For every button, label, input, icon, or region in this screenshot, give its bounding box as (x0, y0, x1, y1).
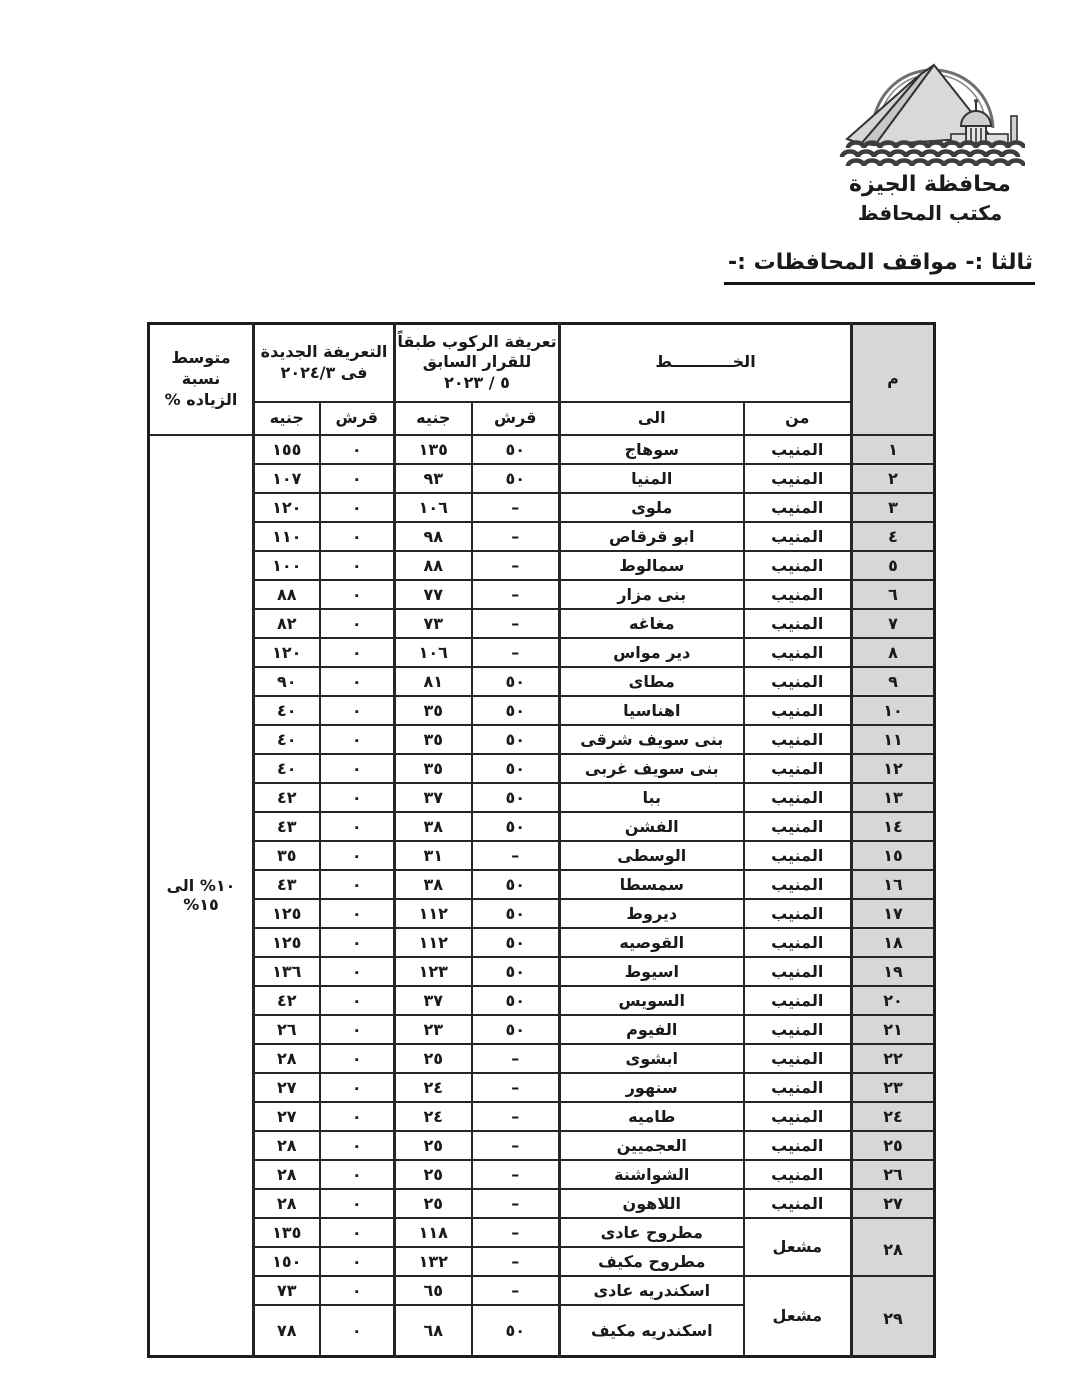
table-header-row-1: م الخـــــــــــط تعريفة الركوب طبقاً لل… (149, 324, 935, 402)
cell-from: المنيب (744, 580, 852, 609)
header-new-tariff: التعريفة الجديدة فى ٢٠٢٤/٣ (254, 324, 395, 402)
table-row: ٢٢المنيبابشوى–٢٥٠٢٨ (149, 1044, 935, 1073)
cell-new-geneh: ١٢٠ (254, 493, 320, 522)
pyramids-dome-waves-logo-icon (835, 44, 1025, 172)
cell-avg-increase: ١٠% الى ١٥% (149, 435, 254, 1357)
cell-new-geneh: ١٠٧ (254, 464, 320, 493)
cell-prev-geneh: ٩٨ (395, 522, 472, 551)
cell-prev-qirsh: – (472, 1247, 560, 1276)
cell-from: المنيب (744, 870, 852, 899)
cell-prev-qirsh: ٥٠ (472, 435, 560, 464)
cell-to: مطروح مكيف (560, 1247, 744, 1276)
cell-prev-qirsh: – (472, 1102, 560, 1131)
cell-num: ٢٠ (852, 986, 935, 1015)
cell-new-geneh: ٤٠ (254, 725, 320, 754)
cell-num: ١٩ (852, 957, 935, 986)
office-name: مكتب المحافظ (830, 201, 1030, 225)
document-page: محافظة الجيزة مكتب المحافظ ثالثا :- مواق… (0, 0, 1079, 1385)
cell-to: سنهور (560, 1073, 744, 1102)
cell-new-geneh: ٢٨ (254, 1131, 320, 1160)
cell-new-qirsh: ٠ (320, 667, 395, 696)
cell-prev-qirsh: ٥٠ (472, 1305, 560, 1357)
cell-num: ٤ (852, 522, 935, 551)
cell-new-qirsh: ٠ (320, 899, 395, 928)
cell-prev-qirsh: – (472, 551, 560, 580)
cell-new-qirsh: ٠ (320, 870, 395, 899)
cell-new-geneh: ٩٠ (254, 667, 320, 696)
cell-to: سمالوط (560, 551, 744, 580)
cell-new-geneh: ٢٦ (254, 1015, 320, 1044)
cell-new-geneh: ٢٨ (254, 1189, 320, 1218)
cell-num: ١٨ (852, 928, 935, 957)
cell-to: ببا (560, 783, 744, 812)
table-row: ٥المنيبسمالوط–٨٨٠١٠٠ (149, 551, 935, 580)
table-row: ١٤المنيبالفشن٥٠٣٨٠٤٣ (149, 812, 935, 841)
cell-new-qirsh: ٠ (320, 580, 395, 609)
cell-num: ٢٣ (852, 1073, 935, 1102)
cell-prev-qirsh: – (472, 522, 560, 551)
cell-prev-geneh: ١٠٦ (395, 638, 472, 667)
cell-new-qirsh: ٠ (320, 754, 395, 783)
cell-from: المنيب (744, 464, 852, 493)
cell-prev-qirsh: – (472, 638, 560, 667)
cell-num: ٢١ (852, 1015, 935, 1044)
cell-new-qirsh: ٠ (320, 493, 395, 522)
table-row: ٢٦المنيبالشواشنة–٢٥٠٢٨ (149, 1160, 935, 1189)
cell-num: ٩ (852, 667, 935, 696)
cell-prev-qirsh: – (472, 1073, 560, 1102)
cell-from: المنيب (744, 667, 852, 696)
cell-from: مشعل (744, 1276, 852, 1357)
cell-num: ١٥ (852, 841, 935, 870)
cell-new-qirsh: ٠ (320, 464, 395, 493)
cell-to: ملوى (560, 493, 744, 522)
cell-new-geneh: ٢٨ (254, 1044, 320, 1073)
cell-from: المنيب (744, 696, 852, 725)
table-row: ٢٣المنيبسنهور–٢٤٠٢٧ (149, 1073, 935, 1102)
cell-to: مغاغه (560, 609, 744, 638)
cell-from: المنيب (744, 899, 852, 928)
cell-num: ١٠ (852, 696, 935, 725)
table-row: ١٧المنيبديروط٥٠١١٢٠١٢٥ (149, 899, 935, 928)
cell-prev-geneh: ٣٥ (395, 725, 472, 754)
cell-new-geneh: ١٢٠ (254, 638, 320, 667)
cell-new-geneh: ٢٨ (254, 1160, 320, 1189)
cell-to: اللاهون (560, 1189, 744, 1218)
header-to: الى (560, 402, 744, 435)
cell-num: ٢٥ (852, 1131, 935, 1160)
cell-num: ٢٢ (852, 1044, 935, 1073)
cell-new-qirsh: ٠ (320, 522, 395, 551)
cell-prev-qirsh: – (472, 1189, 560, 1218)
cell-to: بنى سويف شرقى (560, 725, 744, 754)
table-row: ٢٥المنيبالعجميين–٢٥٠٢٨ (149, 1131, 935, 1160)
cell-new-geneh: ٧٨ (254, 1305, 320, 1357)
table-row: ١٢المنيببنى سويف غربى٥٠٣٥٠٤٠ (149, 754, 935, 783)
table-row: ٨المنيبدير مواس–١٠٦٠١٢٠ (149, 638, 935, 667)
cell-to: اسكندريه مكيف (560, 1305, 744, 1357)
cell-prev-geneh: ٢٤ (395, 1102, 472, 1131)
header-from: من (744, 402, 852, 435)
table-row: ٢٨مشعلمطروح عادى–١١٨٠١٣٥ (149, 1218, 935, 1247)
cell-num: ٧ (852, 609, 935, 638)
tariff-table: م الخـــــــــــط تعريفة الركوب طبقاً لل… (147, 322, 936, 1358)
cell-prev-qirsh: – (472, 493, 560, 522)
cell-prev-qirsh: ٥٠ (472, 783, 560, 812)
cell-to: المنيا (560, 464, 744, 493)
cell-prev-qirsh: – (472, 580, 560, 609)
cell-prev-geneh: ٨١ (395, 667, 472, 696)
cell-prev-qirsh: – (472, 841, 560, 870)
cell-prev-geneh: ١٠٦ (395, 493, 472, 522)
cell-new-qirsh: ٠ (320, 609, 395, 638)
cell-new-geneh: ٤٢ (254, 783, 320, 812)
cell-new-geneh: ٤٣ (254, 870, 320, 899)
cell-new-qirsh: ٠ (320, 957, 395, 986)
cell-new-qirsh: ٠ (320, 928, 395, 957)
cell-from: المنيب (744, 957, 852, 986)
header-num: م (852, 324, 935, 435)
cell-to: دير مواس (560, 638, 744, 667)
cell-from: مشعل (744, 1218, 852, 1276)
cell-prev-qirsh: – (472, 1276, 560, 1305)
table-row: ١٥المنيبالوسطى–٣١٠٣٥ (149, 841, 935, 870)
cell-from: المنيب (744, 1073, 852, 1102)
section-title: ثالثا :- مواقف المحافظات :- (724, 250, 1035, 285)
cell-prev-geneh: ١١٢ (395, 928, 472, 957)
cell-prev-qirsh: – (472, 1044, 560, 1073)
cell-prev-geneh: ٢٥ (395, 1044, 472, 1073)
cell-new-qirsh: ٠ (320, 435, 395, 464)
table-row: ١١المنيببنى سويف شرقى٥٠٣٥٠٤٠ (149, 725, 935, 754)
cell-from: المنيب (744, 1044, 852, 1073)
cell-prev-qirsh: ٥٠ (472, 464, 560, 493)
cell-prev-qirsh: ٥٠ (472, 899, 560, 928)
cell-from: المنيب (744, 1015, 852, 1044)
cell-to: العجميين (560, 1131, 744, 1160)
cell-prev-geneh: ٣٧ (395, 783, 472, 812)
cell-num: ٥ (852, 551, 935, 580)
cell-to: سوهاج (560, 435, 744, 464)
cell-prev-qirsh: ٥٠ (472, 957, 560, 986)
cell-new-geneh: ١١٠ (254, 522, 320, 551)
table-row: ٦المنيببنى مزار–٧٧٠٨٨ (149, 580, 935, 609)
cell-to: الفيوم (560, 1015, 744, 1044)
cell-prev-qirsh: – (472, 1160, 560, 1189)
table-row: ١٦المنيبسمسطا٥٠٣٨٠٤٣ (149, 870, 935, 899)
cell-prev-geneh: ٣٨ (395, 870, 472, 899)
cell-to: سمسطا (560, 870, 744, 899)
cell-num: ١٣ (852, 783, 935, 812)
cell-from: المنيب (744, 493, 852, 522)
table-row: ٧المنيبمغاغه–٧٣٠٨٢ (149, 609, 935, 638)
cell-new-geneh: ٧٣ (254, 1276, 320, 1305)
cell-prev-geneh: ٣٧ (395, 986, 472, 1015)
table-row: ٢٧المنيباللاهون–٢٥٠٢٨ (149, 1189, 935, 1218)
table-row: ٣المنيبملوى–١٠٦٠١٢٠ (149, 493, 935, 522)
cell-to: الشواشنة (560, 1160, 744, 1189)
cell-to: اسكندريه عادى (560, 1276, 744, 1305)
cell-from: المنيب (744, 812, 852, 841)
table-row: ١٩المنيباسيوط٥٠١٢٣٠١٣٦ (149, 957, 935, 986)
cell-new-qirsh: ٠ (320, 783, 395, 812)
cell-new-qirsh: ٠ (320, 1102, 395, 1131)
cell-to: ديروط (560, 899, 744, 928)
cell-prev-geneh: ٧٧ (395, 580, 472, 609)
table-row: ٢١المنيبالفيوم٥٠٢٣٠٢٦ (149, 1015, 935, 1044)
header-avg-increase: متوسط نسبة الزياده % (149, 324, 254, 435)
cell-prev-geneh: ١١٨ (395, 1218, 472, 1247)
cell-prev-qirsh: – (472, 1131, 560, 1160)
cell-new-qirsh: ٠ (320, 986, 395, 1015)
cell-to: ابو قرقاص (560, 522, 744, 551)
header-line: الخـــــــــــط (560, 324, 852, 402)
cell-new-geneh: ١٣٥ (254, 1218, 320, 1247)
cell-new-qirsh: ٠ (320, 551, 395, 580)
cell-num: ١٧ (852, 899, 935, 928)
cell-new-geneh: ٤٢ (254, 986, 320, 1015)
cell-num: ١ (852, 435, 935, 464)
cell-to: اسيوط (560, 957, 744, 986)
cell-new-geneh: ٢٧ (254, 1102, 320, 1131)
cell-new-geneh: ١٥٠ (254, 1247, 320, 1276)
cell-num: ٣ (852, 493, 935, 522)
cell-to: الوسطى (560, 841, 744, 870)
cell-to: طاميه (560, 1102, 744, 1131)
cell-prev-geneh: ١١٢ (395, 899, 472, 928)
cell-from: المنيب (744, 783, 852, 812)
cell-prev-qirsh: ٥٠ (472, 870, 560, 899)
cell-new-geneh: ١٢٥ (254, 899, 320, 928)
cell-from: المنيب (744, 1102, 852, 1131)
cell-prev-geneh: ٣٨ (395, 812, 472, 841)
cell-new-qirsh: ٠ (320, 1189, 395, 1218)
cell-num: ١١ (852, 725, 935, 754)
cell-new-qirsh: ٠ (320, 638, 395, 667)
cell-new-qirsh: ٠ (320, 1218, 395, 1247)
cell-from: المنيب (744, 725, 852, 754)
table-row: ٢٠المنيبالسويس٥٠٣٧٠٤٢ (149, 986, 935, 1015)
cell-new-geneh: ١٣٦ (254, 957, 320, 986)
cell-from: المنيب (744, 609, 852, 638)
cell-new-geneh: ٣٥ (254, 841, 320, 870)
cell-prev-qirsh: ٥٠ (472, 812, 560, 841)
cell-from: المنيب (744, 1189, 852, 1218)
cell-prev-geneh: ٦٥ (395, 1276, 472, 1305)
cell-new-geneh: ٤٠ (254, 696, 320, 725)
cell-new-qirsh: ٠ (320, 1073, 395, 1102)
cell-num: ٨ (852, 638, 935, 667)
cell-prev-geneh: ٢٥ (395, 1189, 472, 1218)
cell-from: المنيب (744, 638, 852, 667)
cell-prev-geneh: ٣٥ (395, 754, 472, 783)
cell-new-qirsh: ٠ (320, 725, 395, 754)
header-new-qirsh: قرش (320, 402, 395, 435)
cell-new-qirsh: ٠ (320, 812, 395, 841)
org-name: محافظة الجيزة (830, 172, 1030, 197)
header-prev-qirsh: قرش (472, 402, 560, 435)
cell-num: ٦ (852, 580, 935, 609)
cell-prev-qirsh: ٥٠ (472, 725, 560, 754)
cell-new-qirsh: ٠ (320, 841, 395, 870)
cell-prev-geneh: ٢٣ (395, 1015, 472, 1044)
cell-prev-qirsh: ٥٠ (472, 986, 560, 1015)
cell-prev-geneh: ٧٣ (395, 609, 472, 638)
cell-new-geneh: ١٢٥ (254, 928, 320, 957)
cell-new-geneh: ٤٠ (254, 754, 320, 783)
cell-from: المنيب (744, 551, 852, 580)
cell-to: مطروح عادى (560, 1218, 744, 1247)
table-row: ٩المنيبمطاى٥٠٨١٠٩٠ (149, 667, 935, 696)
header-prev-tariff: تعريفة الركوب طبقاً للقرار السابق ٥ / ٢٠… (395, 324, 560, 402)
cell-prev-qirsh: – (472, 609, 560, 638)
cell-new-geneh: ١٥٥ (254, 435, 320, 464)
cell-prev-qirsh: ٥٠ (472, 754, 560, 783)
cell-new-qirsh: ٠ (320, 1276, 395, 1305)
table-row: ٢المنيبالمنيا٥٠٩٣٠١٠٧ (149, 464, 935, 493)
cell-to: الفشن (560, 812, 744, 841)
cell-to: مطاى (560, 667, 744, 696)
cell-new-qirsh: ٠ (320, 1305, 395, 1357)
table-row: ١المنيبسوهاج٥٠١٣٥٠١٥٥١٠% الى ١٥% (149, 435, 935, 464)
cell-prev-geneh: ٦٨ (395, 1305, 472, 1357)
cell-prev-geneh: ٣٥ (395, 696, 472, 725)
cell-to: بنى مزار (560, 580, 744, 609)
table-row: ٤المنيبابو قرقاص–٩٨٠١١٠ (149, 522, 935, 551)
cell-num: ٢٨ (852, 1218, 935, 1276)
cell-from: المنيب (744, 1131, 852, 1160)
cell-from: المنيب (744, 435, 852, 464)
table-row: ١٣المنيبببا٥٠٣٧٠٤٢ (149, 783, 935, 812)
cell-new-qirsh: ٠ (320, 1131, 395, 1160)
cell-from: المنيب (744, 1160, 852, 1189)
cell-prev-geneh: ١٣٢ (395, 1247, 472, 1276)
cell-new-geneh: ٤٣ (254, 812, 320, 841)
table-row: ١٨المنيبالقوصيه٥٠١١٢٠١٢٥ (149, 928, 935, 957)
table-header-row-2: من الى قرش جنيه قرش جنيه (149, 402, 935, 435)
cell-num: ٢ (852, 464, 935, 493)
cell-prev-geneh: ١٢٣ (395, 957, 472, 986)
cell-new-geneh: ٨٨ (254, 580, 320, 609)
cell-to: القوصيه (560, 928, 744, 957)
cell-prev-geneh: ٢٥ (395, 1160, 472, 1189)
cell-new-qirsh: ٠ (320, 1247, 395, 1276)
cell-to: بنى سويف غربى (560, 754, 744, 783)
cell-to: اهناسيا (560, 696, 744, 725)
cell-new-qirsh: ٠ (320, 696, 395, 725)
table-row: ١٠المنيباهناسيا٥٠٣٥٠٤٠ (149, 696, 935, 725)
cell-num: ١٦ (852, 870, 935, 899)
cell-prev-geneh: ٢٤ (395, 1073, 472, 1102)
header-new-geneh: جنيه (254, 402, 320, 435)
table-row: ٢٩مشعلاسكندريه عادى–٦٥٠٧٣ (149, 1276, 935, 1305)
cell-new-qirsh: ٠ (320, 1044, 395, 1073)
cell-prev-qirsh: ٥٠ (472, 928, 560, 957)
cell-num: ٢٩ (852, 1276, 935, 1357)
cell-prev-geneh: ٣١ (395, 841, 472, 870)
cell-num: ٢٤ (852, 1102, 935, 1131)
cell-new-geneh: ٨٢ (254, 609, 320, 638)
cell-new-qirsh: ٠ (320, 1015, 395, 1044)
cell-new-geneh: ١٠٠ (254, 551, 320, 580)
cell-prev-geneh: ١٣٥ (395, 435, 472, 464)
cell-from: المنيب (744, 522, 852, 551)
cell-num: ٢٧ (852, 1189, 935, 1218)
cell-from: المنيب (744, 986, 852, 1015)
cell-from: المنيب (744, 754, 852, 783)
cell-num: ١٢ (852, 754, 935, 783)
cell-new-qirsh: ٠ (320, 1160, 395, 1189)
cell-to: ابشوى (560, 1044, 744, 1073)
cell-from: المنيب (744, 928, 852, 957)
cell-prev-qirsh: ٥٠ (472, 696, 560, 725)
governorate-logo-block: محافظة الجيزة مكتب المحافظ (830, 44, 1030, 225)
cell-new-geneh: ٢٧ (254, 1073, 320, 1102)
table-row: ٢٤المنيبطاميه–٢٤٠٢٧ (149, 1102, 935, 1131)
header-prev-geneh: جنيه (395, 402, 472, 435)
cell-prev-qirsh: – (472, 1218, 560, 1247)
cell-num: ٢٦ (852, 1160, 935, 1189)
cell-prev-geneh: ٩٣ (395, 464, 472, 493)
cell-prev-qirsh: ٥٠ (472, 1015, 560, 1044)
cell-num: ١٤ (852, 812, 935, 841)
cell-prev-geneh: ٢٥ (395, 1131, 472, 1160)
cell-from: المنيب (744, 841, 852, 870)
cell-prev-geneh: ٨٨ (395, 551, 472, 580)
cell-prev-qirsh: ٥٠ (472, 667, 560, 696)
cell-to: السويس (560, 986, 744, 1015)
